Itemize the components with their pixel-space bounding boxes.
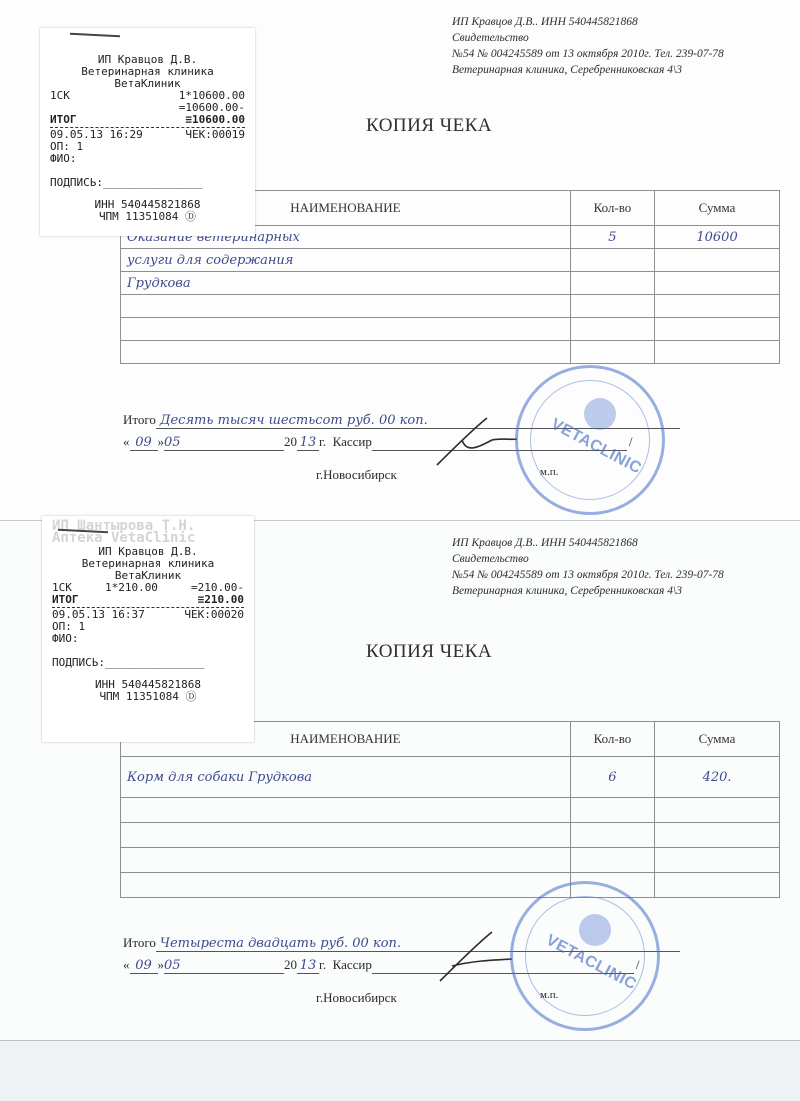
item-sum	[655, 823, 780, 848]
total-label: Итого	[123, 412, 156, 427]
column-header-sum: Сумма	[655, 191, 780, 226]
year-prefix: 20	[284, 434, 297, 449]
item-sum: 10600	[655, 226, 780, 249]
item-name: Грудкова	[121, 272, 571, 295]
items-table: НАИМЕНОВАНИЕ Кол-во Сумма Корм для собак…	[120, 721, 780, 898]
fiscal-mark-icon: Ⓓ	[186, 690, 197, 703]
item-qty	[570, 848, 654, 873]
item-name	[121, 341, 571, 364]
issuer-header: ИП Кравцов Д.В.. ИНН 540445821868 Свидет…	[452, 14, 724, 78]
item-name	[121, 295, 571, 318]
receipt-check-number: ЧЕК:00019	[185, 129, 245, 141]
clinic-address: Ветеринарная клиника, Серебренниковская …	[452, 62, 724, 78]
receipt-check-number: ЧЕК:00020	[184, 609, 244, 621]
clinic-stamp: VETACLINIC	[515, 365, 665, 515]
cashier-label: Кассир	[333, 957, 372, 972]
receipt-dept: 1СК	[50, 90, 70, 102]
item-qty: 6	[570, 757, 654, 798]
item-sum	[655, 249, 780, 272]
column-header-sum: Сумма	[655, 722, 780, 757]
cashier-label: Кассир	[333, 434, 372, 449]
receipt-fio: ФИО:	[40, 153, 255, 165]
receipt-total-value: ≡210.00	[198, 594, 244, 606]
table-row: услуги для содержания	[121, 249, 780, 272]
table-row: Корм для собаки Грудкова 6 420.	[121, 757, 780, 798]
item-name	[121, 318, 571, 341]
certificate-details: №54 № 004245589 от 13 октября 2010г. Тел…	[452, 567, 724, 583]
year-unit: г.	[319, 957, 326, 972]
document-title: КОПИЯ ЧЕКА	[366, 115, 492, 137]
item-sum: 420.	[655, 757, 780, 798]
receipt-cpm: ЧПМ 11351084 Ⓓ	[42, 691, 254, 703]
cashier-signature	[432, 410, 522, 470]
table-row	[121, 798, 780, 823]
table-row	[121, 848, 780, 873]
receipt-total-label: ИТОГ	[52, 594, 79, 606]
city: г.Новосибирск	[316, 467, 397, 483]
receipt-signature: ПОДПИСЬ:_______________	[40, 177, 255, 189]
city: г.Новосибирск	[316, 990, 397, 1006]
certificate-details: №54 № 004245589 от 13 октября 2010г. Тел…	[452, 46, 724, 62]
year-suffix: 13	[297, 435, 319, 451]
item-name: услуги для содержания	[121, 249, 571, 272]
item-name	[121, 873, 571, 898]
item-qty	[570, 341, 654, 364]
column-header-qty: Кол-во	[570, 722, 654, 757]
item-qty	[570, 318, 654, 341]
item-sum	[655, 318, 780, 341]
receipt-signature: ПОДПИСЬ:_______________	[42, 657, 254, 669]
date-day: 09	[130, 435, 158, 451]
year-unit: г.	[319, 434, 326, 449]
table-row	[121, 873, 780, 898]
issuer-name-inn: ИП Кравцов Д.В.. ИНН 540445821868	[452, 535, 724, 551]
receipt-total-row: ИТОГ ≡10600.00	[40, 114, 255, 126]
date-day: 09	[130, 958, 158, 974]
item-sum	[655, 873, 780, 898]
item-name	[121, 823, 571, 848]
fiscal-mark-icon: Ⓓ	[185, 210, 196, 223]
certificate-label: Свидетельство	[452, 551, 724, 567]
stamp-place-label: м.п.	[540, 466, 558, 478]
stamp-emblem-icon	[579, 914, 611, 946]
table-row	[121, 341, 780, 364]
item-qty: 5	[570, 226, 654, 249]
issuer-name-inn: ИП Кравцов Д.В.. ИНН 540445821868	[452, 14, 724, 30]
item-name: Корм для собаки Грудкова	[121, 757, 571, 798]
receipt-total-value: ≡10600.00	[185, 114, 245, 126]
item-qty	[570, 272, 654, 295]
year-suffix: 13	[297, 958, 319, 974]
item-sum	[655, 295, 780, 318]
cashier-signature	[432, 926, 522, 986]
receipt-qty-price: 1*210.00	[105, 582, 158, 594]
document-title: КОПИЯ ЧЕКА	[366, 641, 492, 663]
item-name	[121, 798, 571, 823]
clinic-stamp: VETACLINIC	[510, 881, 660, 1031]
column-header-qty: Кол-во	[570, 191, 654, 226]
table-row	[121, 318, 780, 341]
receipt-total-label: ИТОГ	[50, 114, 77, 126]
scan-background	[0, 1040, 800, 1101]
table-row: Грудкова	[121, 272, 780, 295]
stamp-place-label: м.п.	[540, 989, 558, 1001]
item-sum	[655, 848, 780, 873]
item-qty	[570, 249, 654, 272]
year-prefix: 20	[284, 957, 297, 972]
receipt-cpm: ЧПМ 11351084 Ⓓ	[40, 211, 255, 223]
item-qty	[570, 798, 654, 823]
table-row	[121, 295, 780, 318]
receipt-total-row: ИТОГ ≡210.00	[42, 594, 254, 606]
date-month: 05	[164, 958, 284, 974]
receipt-fio: ФИО:	[42, 633, 254, 645]
item-sum	[655, 798, 780, 823]
item-qty	[570, 823, 654, 848]
stamp-emblem-icon	[584, 398, 616, 430]
total-label: Итого	[123, 935, 156, 950]
cash-register-receipt-1: ИП Кравцов Д.В. Ветеринарная клиника Вет…	[40, 28, 255, 236]
item-sum	[655, 341, 780, 364]
clinic-address: Ветеринарная клиника, Серебренниковская …	[452, 583, 724, 599]
item-name	[121, 848, 571, 873]
certificate-label: Свидетельство	[452, 30, 724, 46]
staple-mark	[70, 33, 120, 38]
table-row	[121, 823, 780, 848]
issuer-header: ИП Кравцов Д.В.. ИНН 540445821868 Свидет…	[452, 535, 724, 599]
date-month: 05	[164, 435, 284, 451]
item-qty	[570, 295, 654, 318]
item-sum	[655, 272, 780, 295]
cash-register-receipt-2: ИП Шантырова Т.Н. Аптека VetaClinic ИП К…	[42, 516, 254, 742]
